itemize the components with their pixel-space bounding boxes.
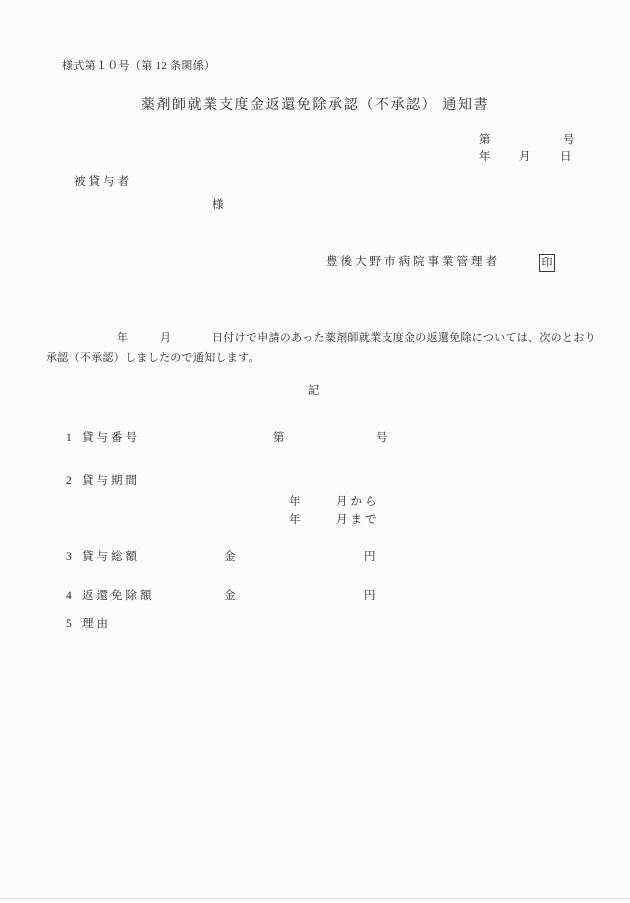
period-to-year: 年: [289, 512, 304, 528]
loan-number-prefix: 第: [273, 430, 288, 446]
body-line2-text: 承認（不承認）しましたので通知します。: [46, 350, 260, 366]
form-number: 様式第１０号（第 12 条関係）: [62, 58, 215, 74]
document-page: 様式第１０号（第 12 条関係） 薬剤師就業支度金返還免除承認（不承認） 通知書…: [0, 0, 630, 903]
body-year-blank: 年: [117, 330, 128, 346]
amount-prefix: 金: [224, 549, 239, 565]
page-title: 薬剤師就業支度金返還免除承認（不承認） 通知書: [0, 98, 630, 114]
item-number: 2: [66, 473, 75, 489]
item-label: 理由: [82, 616, 111, 632]
issuer-name: 豊後大野市病院事業管理者: [326, 254, 500, 270]
addressee-label: 被貸与者: [74, 174, 132, 190]
date-month-label: 月: [519, 149, 534, 165]
item-label: 貸与総額: [82, 549, 140, 565]
date-year-label: 年: [479, 149, 494, 165]
item-number: 3: [66, 549, 75, 565]
amount-suffix: 円: [364, 549, 379, 565]
doc-number-suffix: 号: [563, 132, 578, 148]
body-month-blank: 月: [160, 330, 171, 346]
period-from-year: 年: [289, 494, 304, 510]
item-label: 返還免除額: [82, 588, 155, 604]
date-day-label: 日: [560, 149, 575, 165]
item-label: 貸与番号: [82, 430, 140, 446]
period-from-month: 月から: [336, 494, 380, 510]
seal-mark: 印: [539, 254, 555, 272]
item-label: 貸与期間: [82, 473, 140, 489]
doc-number-prefix: 第: [479, 132, 494, 148]
period-to-month: 月まで: [336, 512, 380, 528]
body-line1-text: 日付けで申請のあった薬剤師就業支度金の返還免除については、次のとおり: [212, 330, 596, 346]
amount-prefix: 金: [224, 588, 239, 604]
loan-number-suffix: 号: [376, 430, 391, 446]
item-number: 5: [66, 616, 75, 632]
item-number: 4: [66, 588, 75, 604]
page-bottom-edge: [0, 898, 630, 899]
amount-suffix: 円: [364, 588, 379, 604]
addressee-honorific: 様: [212, 197, 227, 213]
item-number: 1: [66, 430, 75, 446]
record-marker: 記: [0, 383, 630, 399]
